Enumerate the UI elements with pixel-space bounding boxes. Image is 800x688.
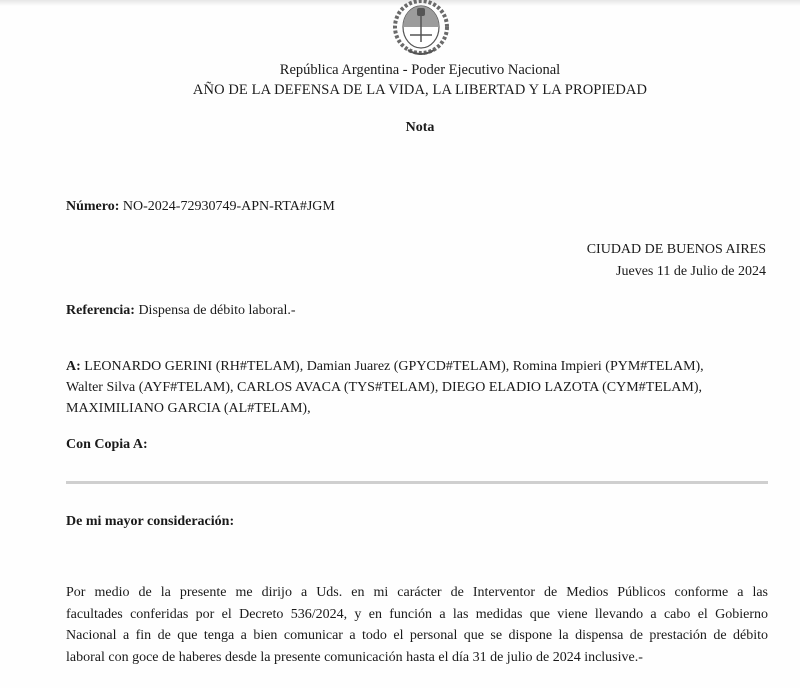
body-line: laboral con goce de haberes desde la pre…	[66, 647, 768, 669]
carbon-copy-label: Con Copia A:	[66, 437, 148, 453]
recipients-label: A:	[66, 359, 81, 374]
document-type-title: Nota	[0, 120, 800, 136]
divider	[66, 481, 768, 484]
header-year-motto: AÑO DE LA DEFENSA DE LA VIDA, LA LIBERTA…	[0, 82, 800, 99]
reference-label: Referencia:	[66, 303, 135, 318]
body-paragraph: Por medio de la presente me dirijo a Uds…	[66, 582, 768, 668]
recipients: A: LEONARDO GERINI (RH#TELAM), Damian Ju…	[66, 356, 776, 419]
document-number-label: Número:	[66, 199, 119, 214]
document-number: Número: NO-2024-72930749-APN-RTA#JGM	[66, 199, 335, 215]
argentina-coat-of-arms-icon	[390, 0, 452, 58]
recipients-line: A: LEONARDO GERINI (RH#TELAM), Damian Ju…	[66, 356, 776, 377]
city: CIUDAD DE BUENOS AIRES	[587, 242, 766, 258]
recipients-line: Walter Silva (AYF#TELAM), CARLOS AVACA (…	[66, 377, 776, 398]
header-government-line: República Argentina - Poder Ejecutivo Na…	[0, 62, 800, 79]
reference-value: Dispensa de débito laboral.-	[138, 303, 295, 318]
date: Jueves 11 de Julio de 2024	[616, 264, 766, 280]
document-page: República Argentina - Poder Ejecutivo Na…	[0, 0, 800, 688]
salutation: De mi mayor consideración:	[66, 514, 234, 530]
document-number-value: NO-2024-72930749-APN-RTA#JGM	[123, 199, 335, 214]
body-line: Nacional a fin de que tenga a bien comun…	[66, 625, 768, 647]
recipients-line: MAXIMILIANO GARCIA (AL#TELAM),	[66, 398, 776, 419]
body-line: Por medio de la presente me dirijo a Uds…	[66, 582, 768, 604]
reference: Referencia: Dispensa de débito laboral.-	[66, 303, 296, 319]
body-line: facultades conferidas por el Decreto 536…	[66, 604, 768, 626]
